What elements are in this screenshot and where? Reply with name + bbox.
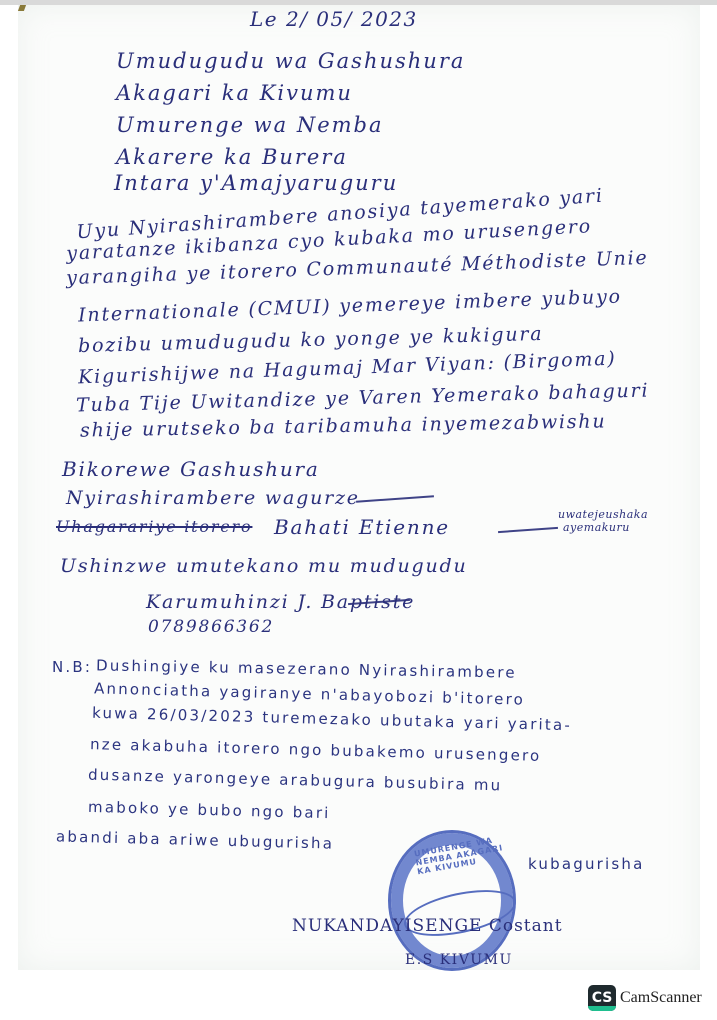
nb-line-tail: kubagurisha bbox=[528, 855, 645, 873]
scanned-letter-page: Le 2/ 05/ 2023 Umudugudu wa Gashushura A… bbox=[18, 5, 700, 970]
signature-scribble bbox=[356, 495, 434, 502]
nb-line: nze akabuha itorero ngo bubakemo uruseng… bbox=[90, 735, 542, 765]
side-note: uwatejeushaka bbox=[558, 508, 648, 521]
corner-mark bbox=[18, 5, 26, 11]
stamp-ring-text: UMURENGE WA NEMBA AKAGARI KA KIVUMU bbox=[413, 833, 514, 877]
side-note: ayemakuru bbox=[563, 521, 630, 534]
body-line: shije urutseko ba taribamuha inyemezabwi… bbox=[80, 410, 607, 441]
nb-line: abandi aba ariwe ubugurisha bbox=[56, 827, 335, 852]
nb-line: Annonciatha yagiranye n'abayobozi b'itor… bbox=[94, 679, 525, 708]
struck-text: Uhagarariye itorero bbox=[56, 517, 252, 536]
official-stamp: UMURENGE WA NEMBA AKAGARI KA KIVUMU bbox=[388, 830, 516, 971]
recipient-line: Intara y'Amajyaruguru bbox=[114, 171, 398, 195]
official-name: NUKANDAYISENGE Costant bbox=[292, 916, 563, 936]
recipient-line: Akarere ka Burera bbox=[116, 145, 348, 169]
body-line: Internationale (CMUI) yemereye imbere yu… bbox=[78, 286, 622, 327]
signed-at-heading: Bikorewe Gashushura bbox=[62, 457, 320, 481]
witness-phone: 0789866362 bbox=[148, 617, 274, 637]
nb-line: dusanze yarongeye arabugura busubira mu bbox=[88, 766, 503, 795]
witness-label: Ushinzwe umutekano mu mudugudu bbox=[60, 555, 468, 577]
buyer-signature-line: Nyirashirambere wagurze bbox=[66, 487, 360, 509]
church-rep-name: Bahati Etienne bbox=[274, 515, 450, 539]
nb-line: maboko ye bubo ngo bari bbox=[88, 798, 331, 822]
nb-line: kuwa 26/03/2023 turemezako ubutaka yari … bbox=[92, 704, 572, 735]
nb-label: N.B: bbox=[52, 658, 92, 676]
letter-date: Le 2/ 05/ 2023 bbox=[250, 7, 418, 31]
official-title: E.S KIVUMU bbox=[405, 952, 513, 968]
camscanner-watermark: CS CamScanner bbox=[588, 985, 702, 1011]
signature-scribble bbox=[498, 527, 558, 533]
recipient-line: Umudugudu wa Gashushura bbox=[116, 49, 465, 73]
camscanner-logo-icon: CS bbox=[588, 985, 616, 1011]
recipient-line: Akagari ka Kivumu bbox=[116, 81, 353, 105]
nb-line: Dushingiye ku masezerano Nyirashirambere bbox=[96, 656, 517, 681]
camscanner-name: CamScanner bbox=[620, 989, 702, 1007]
recipient-line: Umurenge wa Nemba bbox=[116, 113, 384, 137]
